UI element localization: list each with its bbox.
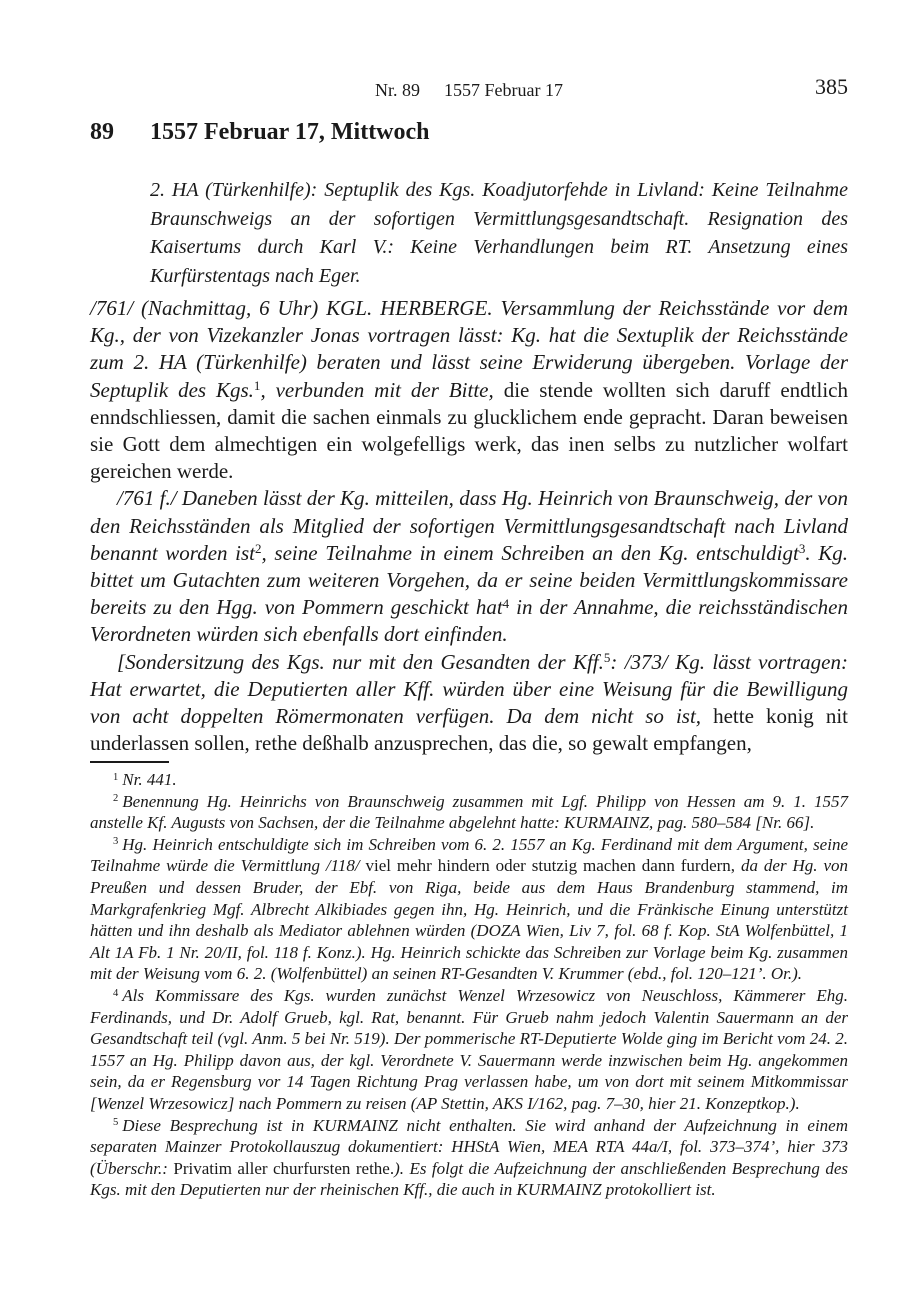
footnote-5: 5Diese Besprechung ist in KURMAINZ nicht…: [90, 1115, 848, 1201]
paragraph-2: /761 f./ Daneben lässt der Kg. mitteilen…: [90, 485, 848, 648]
book-page: Nr. 89 1557 Februar 17 385 89 1557 Febru…: [0, 0, 900, 1300]
document-heading: 89 1557 Februar 17, Mittwoch: [90, 117, 848, 147]
footnote-marker-1: 1: [113, 772, 118, 783]
footnotes-block: 1Nr. 441. 2Benennung Hg. Heinrichs von B…: [90, 769, 848, 1201]
running-head-number: Nr. 89: [375, 79, 420, 101]
footnote-3: 3Hg. Heinrich entschuldigte sich im Schr…: [90, 834, 848, 985]
body-text: /761/ (Nachmittag, 6 Uhr) KGL. HERBERGE.…: [90, 295, 848, 757]
summary-paragraph: 2. HA (Türkenhilfe): Septuplik des Kgs. …: [150, 176, 848, 290]
running-head-date: 1557 Februar 17: [444, 79, 563, 101]
footnote-2: 2Benennung Hg. Heinrichs von Braunschwei…: [90, 791, 848, 834]
running-head: Nr. 89 1557 Februar 17: [90, 79, 848, 101]
footnote-marker-5: 5: [113, 1117, 118, 1128]
page-number: 385: [815, 74, 848, 100]
footnote-marker-2: 2: [113, 793, 118, 804]
footnote-1: 1Nr. 441.: [90, 769, 848, 791]
footnote-4: 4Als Kommissare des Kgs. wurden zunächst…: [90, 985, 848, 1115]
footnote-separator-rule: [90, 761, 169, 763]
document-number: 89: [90, 117, 150, 147]
document-title: 1557 Februar 17, Mittwoch: [150, 117, 430, 147]
paragraph-3: [Sondersitzung des Kgs. nur mit den Gesa…: [90, 649, 848, 758]
paragraph-1: /761/ (Nachmittag, 6 Uhr) KGL. HERBERGE.…: [90, 295, 848, 485]
footnote-marker-3: 3: [113, 836, 118, 847]
footnote-marker-4: 4: [113, 988, 118, 999]
